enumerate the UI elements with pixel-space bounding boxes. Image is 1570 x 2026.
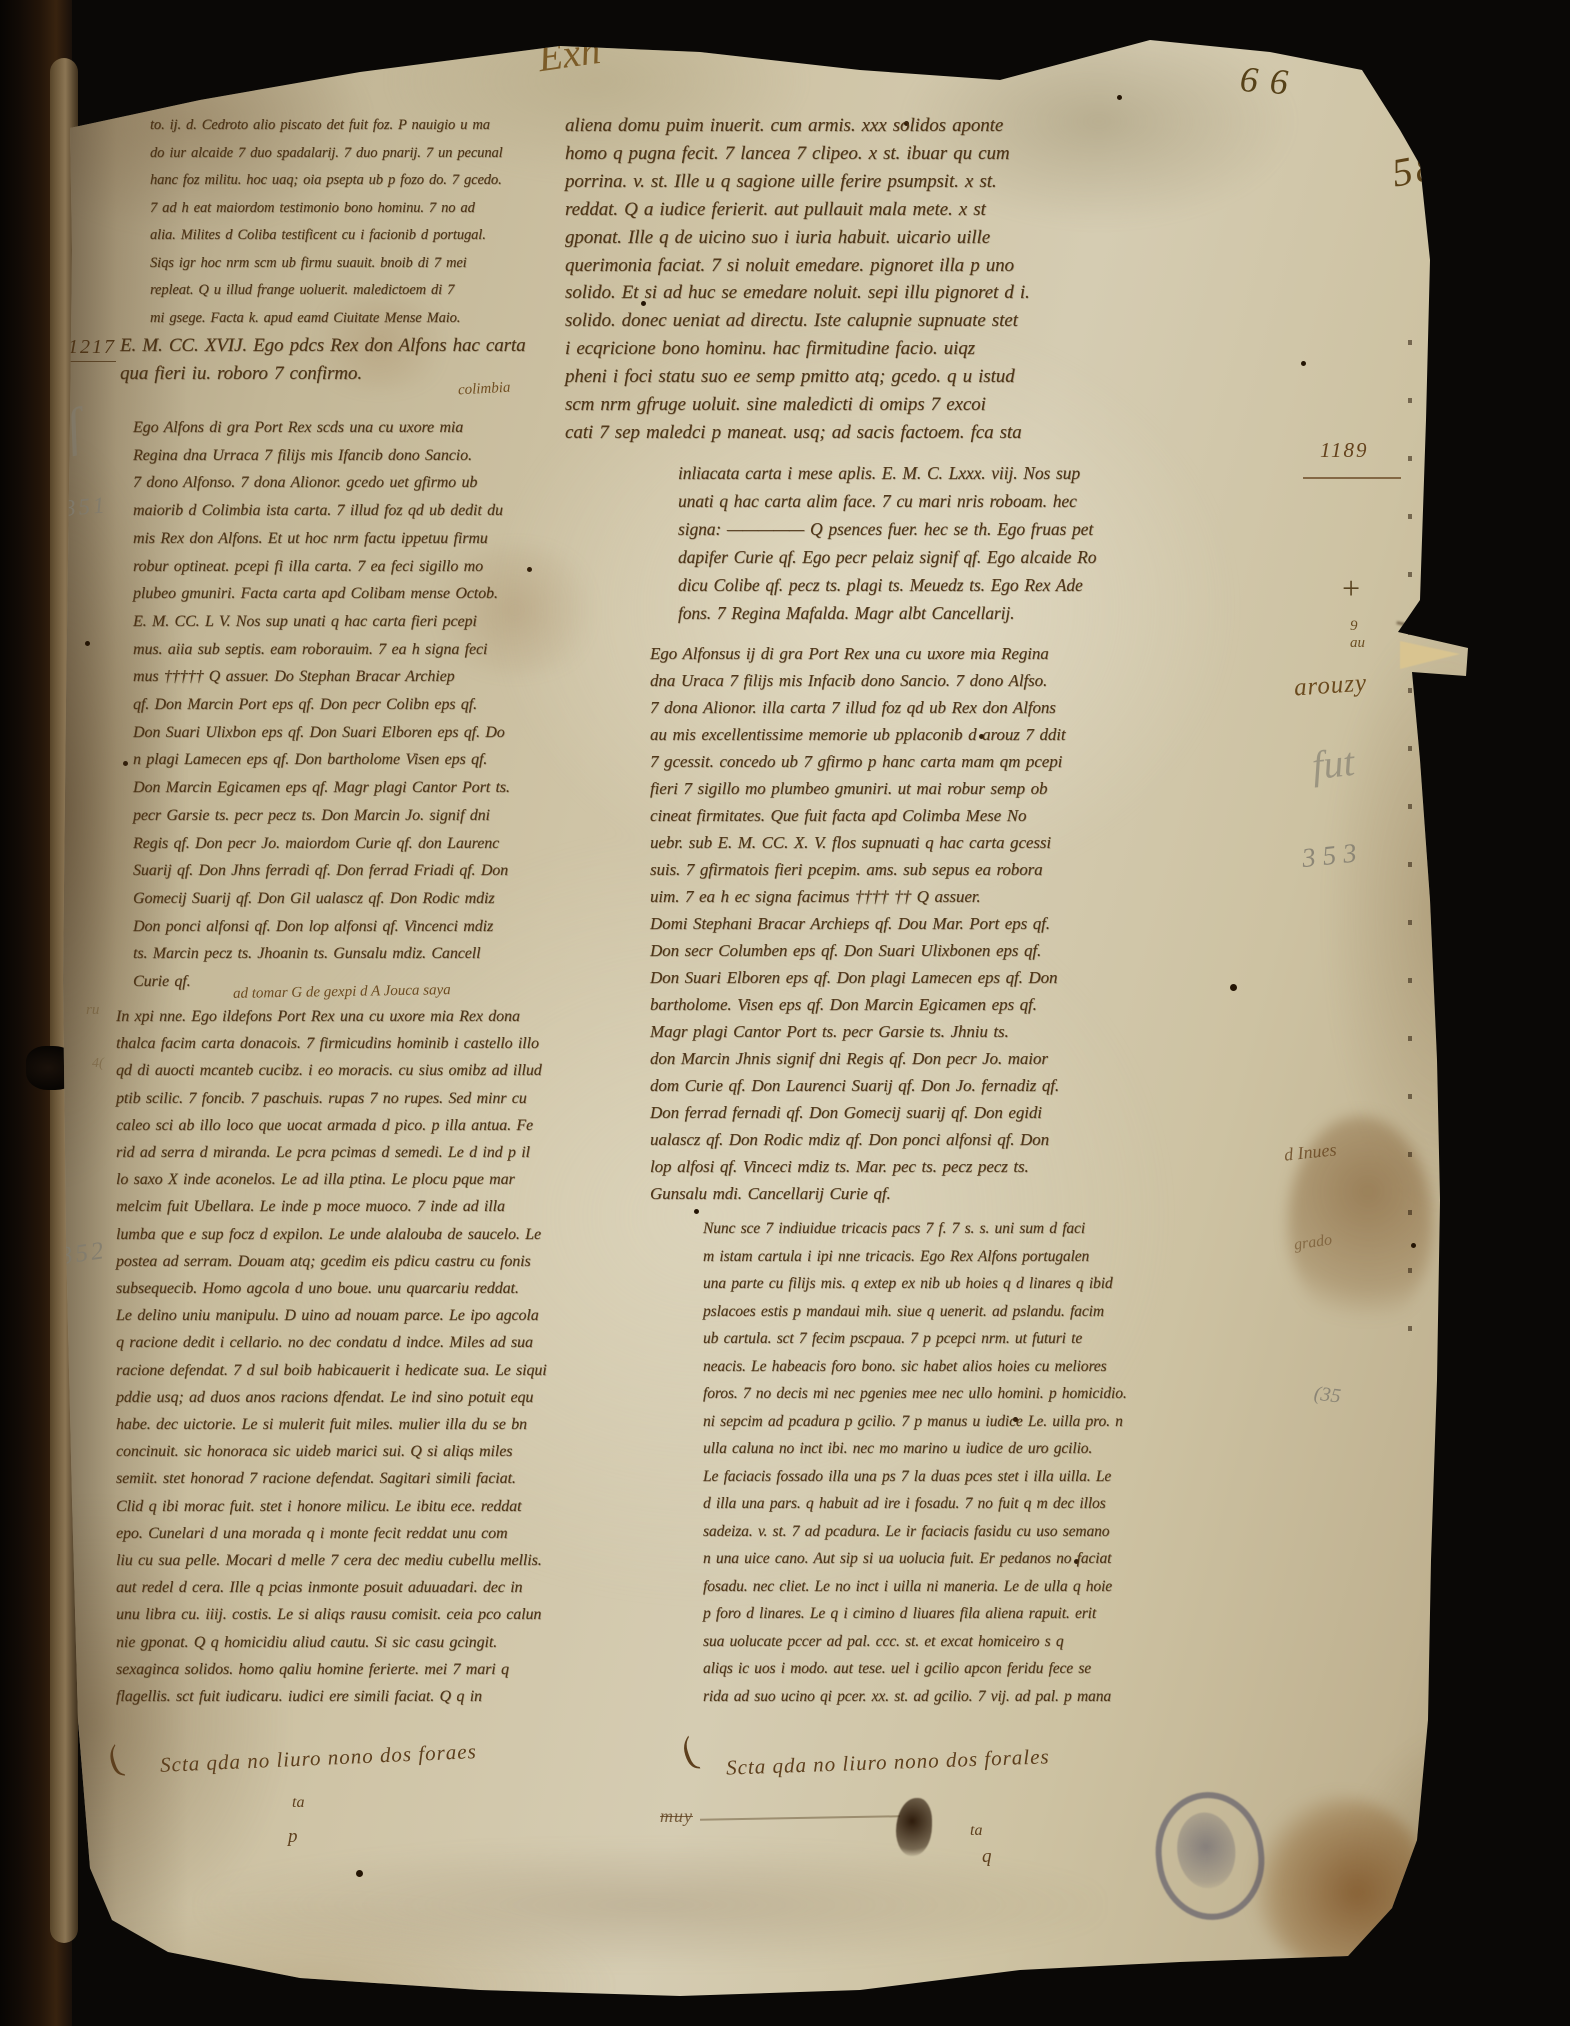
margin-note-arouzy: arouzy bbox=[1293, 669, 1368, 702]
parchment-stain bbox=[1252, 1796, 1427, 1971]
right-column-charter-linares: Nunc sce 7 indiuidue tricacis pacs 7 f. … bbox=[703, 1215, 1318, 1710]
right-column-witness-clause: inliacata carta i mese aplis. E. M. C. L… bbox=[678, 460, 1308, 627]
left-column-dating-clause: E. M. CC. XVIJ. Ego pdcs Rex don Alfons … bbox=[120, 332, 590, 388]
left-column-charter-in-xpi: In xpi nne. Ego ildefons Port Rex una cu… bbox=[116, 1003, 706, 1710]
parchment-stain bbox=[200, 1845, 1100, 1965]
pencil-scribble-right: fut bbox=[1310, 738, 1357, 789]
top-flourish-mark: Exh bbox=[535, 26, 603, 81]
footer-mark: ta bbox=[292, 1794, 304, 1812]
pencil-foliation-351: 351 bbox=[63, 492, 109, 522]
quire-mark: ru bbox=[86, 1002, 99, 1019]
margin-year-1217: 1217 bbox=[68, 336, 116, 362]
underline-1189 bbox=[1303, 477, 1401, 479]
margin-number-58: 58 bbox=[1388, 142, 1441, 196]
margin-year-1189: 1189 bbox=[1320, 438, 1368, 463]
margin-cross-mark: + bbox=[1340, 570, 1362, 607]
quire-mark: 4( bbox=[92, 1056, 104, 1072]
left-column-charter-alfonso: Ego Alfons di gra Port Rex scds una cu u… bbox=[133, 414, 648, 996]
pencil-foliation-353: 353 bbox=[1301, 837, 1365, 874]
folio-number: 66 bbox=[1239, 58, 1302, 104]
archive-stamp-figure bbox=[1173, 1809, 1240, 1892]
right-column-charter-alfonso-ii: Ego Alfonsus ij di gra Port Rex una cu u… bbox=[650, 640, 1315, 1207]
footer-mark: ta bbox=[970, 1822, 982, 1840]
manuscript-scan: to. ij. d. Cedroto alio piscato det fuit… bbox=[0, 0, 1570, 2026]
right-column-text-continuation: aliena domu puim inuerit. cum armis. xxx… bbox=[565, 112, 1305, 447]
tear-flap bbox=[1400, 641, 1460, 669]
left-column-text-continuation: to. ij. d. Cedroto alio piscato det fuit… bbox=[150, 112, 570, 332]
parchment-page: to. ij. d. Cedroto alio piscato det fuit… bbox=[0, 0, 1570, 2026]
margin-note-au: 9 au bbox=[1350, 618, 1365, 652]
margin-note-colimbria: colimbia bbox=[458, 380, 511, 400]
sewing-holes bbox=[1408, 340, 1412, 1350]
footer-mark: q bbox=[982, 1846, 992, 1868]
pencil-foliation-35: (35 bbox=[1313, 1382, 1342, 1408]
footer-mark: p bbox=[288, 1826, 298, 1848]
footer-note-muy-struck: muy bbox=[660, 1806, 693, 1827]
